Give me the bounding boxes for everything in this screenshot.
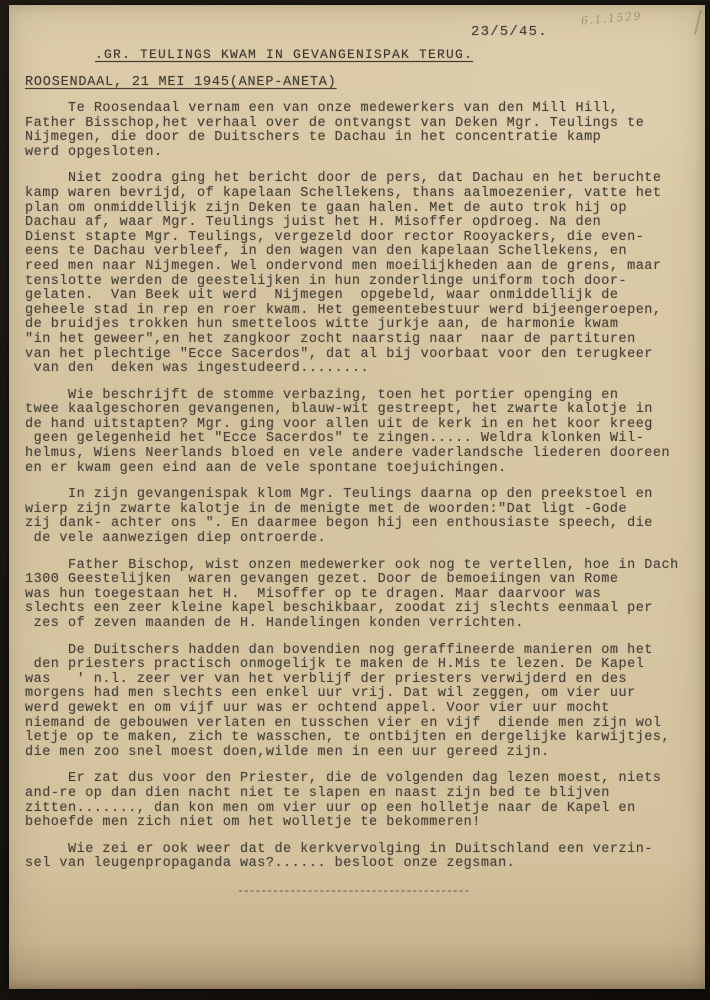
document-paper: 23/5/45. 6.1.1529 .GR. TEULINGS KWAM IN … [9, 5, 705, 989]
dateline: ROOSENDAAL, 21 MEI 1945(ANEP-ANETA) [25, 75, 337, 90]
paragraph-chapel-rules: De Duitschers hadden dan bovendien nog g… [25, 644, 697, 761]
photo-backdrop: 23/5/45. 6.1.1529 .GR. TEULINGS KWAM IN … [0, 0, 710, 1000]
end-divider: ---------------------------------------- [237, 884, 697, 898]
pencil-stroke-mark [694, 9, 702, 35]
paragraph-intro: Te Roosendaal vernam een van onze medewe… [25, 102, 697, 160]
pencil-annotation: 6.1.1529 [581, 9, 643, 27]
paragraph-speech: In zijn gevangenispak klom Mgr. Teulings… [25, 488, 697, 546]
paragraph-priests-dachau: Father Bischop, wist onzen medewerker oo… [25, 559, 697, 632]
paragraph-closing: Wie zei er ook weer dat de kerkvervolgin… [25, 843, 697, 872]
paragraph-liberation: Niet zoodra ging het bericht door de per… [25, 172, 697, 376]
paragraph-arrival: Wie beschrijft de stomme verbazing, toen… [25, 389, 697, 477]
typed-date: 23/5/45. [471, 24, 548, 40]
document-body: Te Roosendaal vernam een van onze medewe… [25, 102, 697, 898]
document-title: .GR. TEULINGS KWAM IN GEVANGENISPAK TERU… [95, 47, 705, 62]
paragraph-night-wait: Er zat dus voor den Priester, die de vol… [25, 772, 697, 830]
